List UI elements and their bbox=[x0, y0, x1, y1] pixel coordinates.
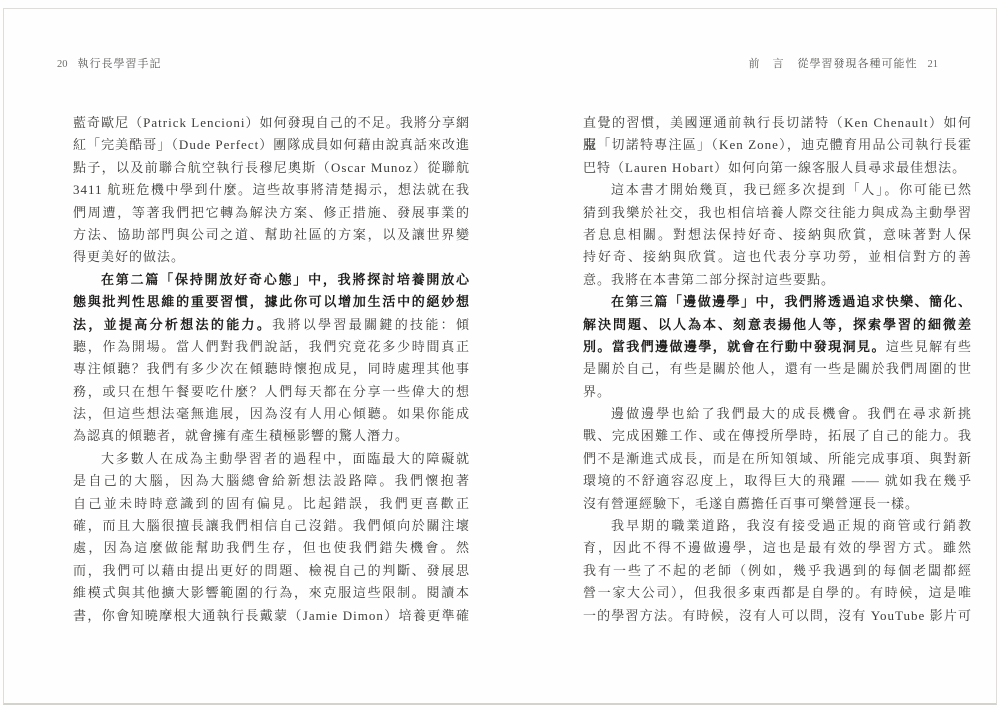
text-segment: 巴特（Lauren Hobart）如何向第一線客服人員尋求最佳想法。 bbox=[583, 160, 966, 175]
text-line: 解決問題、以人為本、刻意表揚他人等，探索學習的細微差 bbox=[583, 314, 972, 336]
text-segment: 法，但這些想法毫無進展，因為沒有人用心傾聽。如果你能成 bbox=[73, 406, 470, 421]
bold-text-segment: 在第三篇「邊做邊學」中，我們將透過追求快樂、簡化、 bbox=[611, 294, 972, 309]
text-line: 聽，作為開場。當人們對我們說話，我們究竟花多少時間真正 bbox=[73, 336, 470, 358]
text-line: 戰、完成困難工作、或在傳授所學時，拓展了自己的能力。我 bbox=[583, 425, 972, 447]
bold-text-segment: 態與批判性思維的重要習慣，據此你可以增加生活中的絕妙想 bbox=[73, 294, 470, 309]
text-line: 沒有營運經驗下，毛遂自薦擔任百事可樂營運長一樣。 bbox=[583, 493, 972, 515]
text-line: 自己並未時時意識到的固有偏見。比起錯誤，我們更喜歡正 bbox=[73, 493, 470, 515]
text-line: 在第三篇「邊做邊學」中，我們將透過追求快樂、簡化、 bbox=[583, 291, 972, 313]
text-segment: 沒有營運經驗下，毛遂自薦擔任百事可樂營運長一樣。 bbox=[583, 496, 919, 511]
text-line: 態與批判性思維的重要習慣，據此你可以增加生活中的絕妙想 bbox=[73, 291, 470, 313]
text-line: 得更美好的做法。 bbox=[73, 246, 470, 268]
text-line: 我早期的職業道路，我沒有接受過正規的商管或行銷教 bbox=[583, 515, 972, 537]
text-segment: 確，而且大腦很擅長讓我們相信自己沒錯。我們傾向於關注壞 bbox=[73, 518, 470, 533]
text-line: 別。當我們邊做邊學，就會在行動中發現洞見。這些見解有些 bbox=[583, 336, 972, 358]
text-line: 一的學習方法。有時候，沒有人可以問，沒有 YouTube 影片可 bbox=[583, 605, 972, 627]
text-segment: 處，因為這麼做能幫助我們生存，但也使我們錯失機會。然 bbox=[73, 540, 470, 555]
text-line: 在第二篇「保持開放好奇心態」中，我將探討培養開放心 bbox=[73, 269, 470, 291]
text-segment: 營一家大公司），但我很多東西都是自學的。有時候，這是唯 bbox=[583, 585, 972, 600]
text-line: 育，因此不得不邊做邊學，這也是最有效的學習方式。雖然 bbox=[583, 537, 972, 559]
text-line: 處，因為這麼做能幫助我們生存，但也使我們錯失機會。然 bbox=[73, 537, 470, 559]
running-title-left: 執行長學習手記 bbox=[78, 58, 162, 70]
text-segment: 專注傾聽？我們有多少次在傾聽時懷抱成見，同時處理其他事 bbox=[73, 361, 470, 376]
bold-text-segment: 解決問題、以人為本、刻意表揚他人等，探索學習的細微差 bbox=[583, 317, 972, 332]
text-line: 持好奇、接納與欣賞。這也代表分享功勞，並相信對方的善 bbox=[583, 246, 972, 268]
text-line: 維模式與其他擴大影響範圍的行為，來克服這些限制。閱讀本 bbox=[73, 582, 470, 604]
text-segment: 這本書才開始幾頁，我已經多次提到「人」。你可能已然 bbox=[611, 182, 972, 197]
text-line: 書，你會知曉摩根大通執行長戴蒙（Jamie Dimon）培養更準確 bbox=[73, 605, 470, 627]
running-header-right: 前 言從學習發現各種可能性21 bbox=[749, 55, 939, 71]
text-segment: 藍奇歐尼（Patrick Lencioni）如何發現自己的不足。我將分享網 bbox=[73, 115, 470, 130]
book-spread: 20執行長學習手記 前 言從學習發現各種可能性21 藍奇歐尼（Patrick L… bbox=[0, 0, 1000, 710]
text-line: 藍奇歐尼（Patrick Lencioni）如何發現自己的不足。我將分享網 bbox=[73, 112, 470, 134]
bold-text-segment: 在第二篇「保持開放好奇心態」中，我將探討培養開放心 bbox=[101, 272, 470, 287]
text-line: 方法、協助部門與公司之道、幫助社區的方案，以及讓世界變 bbox=[73, 224, 470, 246]
text-line: 專注傾聽？我們有多少次在傾聽時懷抱成見，同時處理其他事 bbox=[73, 358, 470, 380]
right-page-text-column: 直覺的習慣，美國運通前執行長切諾特（Ken Chenault）如何克服「切諾特專… bbox=[583, 112, 972, 632]
text-segment: 我有一些了不起的老師（例如，幾乎我遇到的每個老闆都經 bbox=[583, 563, 972, 578]
text-segment: 聽，作為開場。當人們對我們說話，我們究竟花多少時間真正 bbox=[73, 339, 470, 354]
text-line: 巴特（Lauren Hobart）如何向第一線客服人員尋求最佳想法。 bbox=[583, 157, 972, 179]
text-segment: 邊做邊學也給了我們最大的成長機會。我們在尋求新挑 bbox=[611, 406, 972, 421]
text-segment: 我將以學習最關鍵的技能：傾 bbox=[272, 317, 470, 332]
text-line: 是自己的大腦，因為大腦總會給新想法設路障。我們懷抱著 bbox=[73, 470, 470, 492]
text-segment: 服「切諾特專注區」（Ken Zone），迪克體育用品公司執行長霍 bbox=[583, 137, 972, 152]
text-segment: 而，我們可以藉由提出更好的問題、檢視自己的判斷、發展思 bbox=[73, 563, 470, 578]
text-line: 們周遭，等著我們把它轉為解決方案、修正措施、發展事業的 bbox=[73, 202, 470, 224]
left-page-text-column: 藍奇歐尼（Patrick Lencioni）如何發現自己的不足。我將分享網紅「完… bbox=[73, 112, 470, 632]
running-title-right: 從學習發現各種可能性 bbox=[798, 58, 918, 70]
text-segment: 方法、協助部門與公司之道、幫助社區的方案，以及讓世界變 bbox=[73, 227, 470, 242]
running-header-left: 20執行長學習手記 bbox=[57, 55, 162, 71]
text-segment: 維模式與其他擴大影響範圍的行為，來克服這些限制。閱讀本 bbox=[73, 585, 470, 600]
text-line: 者息息相關。對想法保持好奇、接納與欣賞，意味著對人保 bbox=[583, 224, 972, 246]
text-segment: 3411 航班危機中學到什麼。這些故事將清楚揭示，想法就在我 bbox=[73, 182, 470, 197]
bold-text-segment: 法，並提高分析想法的能力。 bbox=[73, 317, 272, 332]
text-line: 務，或只在想午餐要吃什麼？人們每天都在分享一些偉大的想 bbox=[73, 381, 470, 403]
text-segment: 是關於自己，有些是關於他人，還有一些是關於我們周圍的世 bbox=[583, 361, 972, 376]
text-segment: 們周遭，等著我們把它轉為解決方案、修正措施、發展事業的 bbox=[73, 205, 470, 220]
text-line: 直覺的習慣，美國運通前執行長切諾特（Ken Chenault）如何克 bbox=[583, 112, 972, 134]
text-segment: 這些見解有些 bbox=[886, 339, 972, 354]
text-line: 邊做邊學也給了我們最大的成長機會。我們在尋求新挑 bbox=[583, 403, 972, 425]
text-segment: 一的學習方法。有時候，沒有人可以問，沒有 YouTube 影片可 bbox=[583, 608, 972, 623]
text-segment: 大多數人在成為主動學習者的過程中，面臨最大的障礙就 bbox=[101, 451, 470, 466]
text-line: 我有一些了不起的老師（例如，幾乎我遇到的每個老闆都經 bbox=[583, 560, 972, 582]
text-segment: 紅「完美酷哥」（Dude Perfect）團隊成員如何藉由說真話來改進 bbox=[73, 137, 470, 152]
text-line: 點子，以及前聯合航空執行長穆尼奧斯（Oscar Munoz）從聯航 bbox=[73, 157, 470, 179]
text-segment: 我早期的職業道路，我沒有接受過正規的商管或行銷教 bbox=[611, 518, 972, 533]
text-line: 法，並提高分析想法的能力。我將以學習最關鍵的技能：傾 bbox=[73, 314, 470, 336]
text-segment: 自己並未時時意識到的固有偏見。比起錯誤，我們更喜歡正 bbox=[73, 496, 470, 511]
text-line: 法，但這些想法毫無進展，因為沒有人用心傾聽。如果你能成 bbox=[73, 403, 470, 425]
text-line: 環境的不舒適容忍度上，取得巨大的飛躍 —— 就如我在幾乎 bbox=[583, 470, 972, 492]
text-line: 大多數人在成為主動學習者的過程中，面臨最大的障礙就 bbox=[73, 448, 470, 470]
text-segment: 書，你會知曉摩根大通執行長戴蒙（Jamie Dimon）培養更準確 bbox=[73, 608, 470, 623]
text-line: 界。 bbox=[583, 381, 972, 403]
text-segment: 戰、完成困難工作、或在傳授所學時，拓展了自己的能力。我 bbox=[583, 428, 972, 443]
text-segment: 得更美好的做法。 bbox=[73, 249, 185, 264]
page-number-right: 21 bbox=[928, 59, 939, 70]
text-line: 意。我將在本書第二部分探討這些要點。 bbox=[583, 269, 972, 291]
text-segment: 持好奇、接納與欣賞。這也代表分享功勞，並相信對方的善 bbox=[583, 249, 972, 264]
text-line: 是關於自己，有些是關於他人，還有一些是關於我們周圍的世 bbox=[583, 358, 972, 380]
text-segment: 環境的不舒適容忍度上，取得巨大的飛躍 —— 就如我在幾乎 bbox=[583, 473, 972, 488]
text-line: 們不是漸進式成長，而是在所知領域、所能完成事項、與對新 bbox=[583, 448, 972, 470]
text-line: 服「切諾特專注區」（Ken Zone），迪克體育用品公司執行長霍 bbox=[583, 134, 972, 156]
section-label: 前 言 bbox=[749, 58, 785, 70]
text-segment: 點子，以及前聯合航空執行長穆尼奧斯（Oscar Munoz）從聯航 bbox=[73, 160, 470, 175]
text-segment: 務，或只在想午餐要吃什麼？人們每天都在分享一些偉大的想 bbox=[73, 384, 470, 399]
text-segment: 們不是漸進式成長，而是在所知領域、所能完成事項、與對新 bbox=[583, 451, 972, 466]
text-line: 3411 航班危機中學到什麼。這些故事將清楚揭示，想法就在我 bbox=[73, 179, 470, 201]
text-segment: 者息息相關。對想法保持好奇、接納與欣賞，意味著對人保 bbox=[583, 227, 972, 242]
text-line: 為認真的傾聽者，就會擁有產生積極影響的驚人潛力。 bbox=[73, 425, 470, 447]
text-line: 確，而且大腦很擅長讓我們相信自己沒錯。我們傾向於關注壞 bbox=[73, 515, 470, 537]
bold-text-segment: 別。當我們邊做邊學，就會在行動中發現洞見。 bbox=[583, 339, 886, 354]
text-line: 猜到我樂於社交，我也相信培養人際交往能力與成為主動學習 bbox=[583, 202, 972, 224]
page-number-left: 20 bbox=[57, 59, 68, 70]
text-segment: 猜到我樂於社交，我也相信培養人際交往能力與成為主動學習 bbox=[583, 205, 972, 220]
text-line: 而，我們可以藉由提出更好的問題、檢視自己的判斷、發展思 bbox=[73, 560, 470, 582]
text-line: 營一家大公司），但我很多東西都是自學的。有時候，這是唯 bbox=[583, 582, 972, 604]
text-segment: 為認真的傾聽者，就會擁有產生積極影響的驚人潛力。 bbox=[73, 428, 409, 443]
text-segment: 界。 bbox=[583, 384, 611, 399]
text-line: 這本書才開始幾頁，我已經多次提到「人」。你可能已然 bbox=[583, 179, 972, 201]
text-line: 紅「完美酷哥」（Dude Perfect）團隊成員如何藉由說真話來改進 bbox=[73, 134, 470, 156]
text-segment: 育，因此不得不邊做邊學，這也是最有效的學習方式。雖然 bbox=[583, 540, 972, 555]
text-segment: 意。我將在本書第二部分探討這些要點。 bbox=[583, 272, 835, 287]
text-segment: 是自己的大腦，因為大腦總會給新想法設路障。我們懷抱著 bbox=[73, 473, 470, 488]
